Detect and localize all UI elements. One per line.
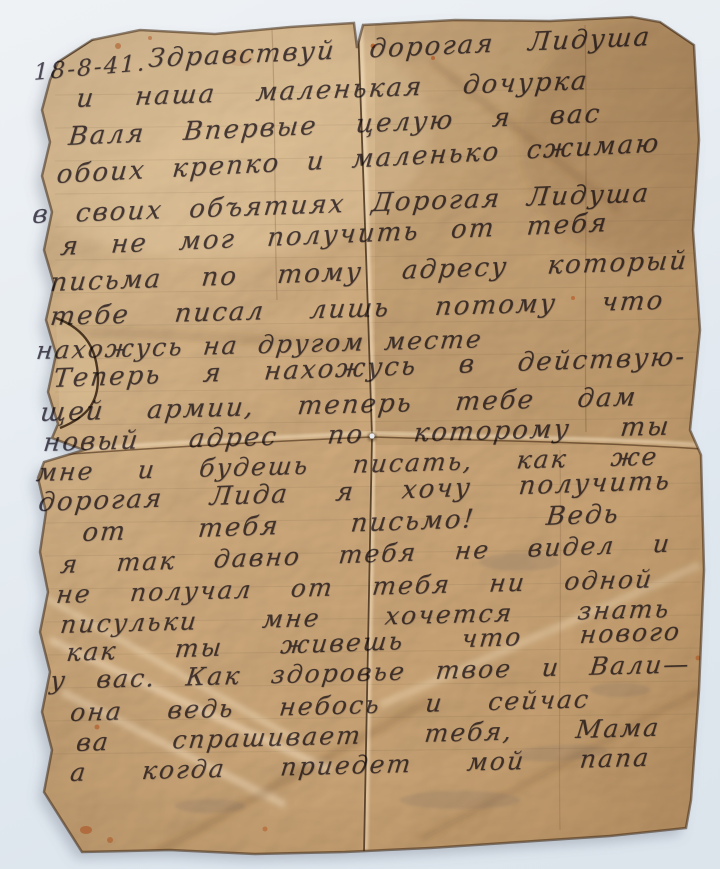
letter-photo: 18-8-41. Здравствуй дорогая Лидуша и наш… [0, 0, 720, 869]
aged-paper [0, 0, 720, 869]
paper-surface [0, 0, 720, 869]
